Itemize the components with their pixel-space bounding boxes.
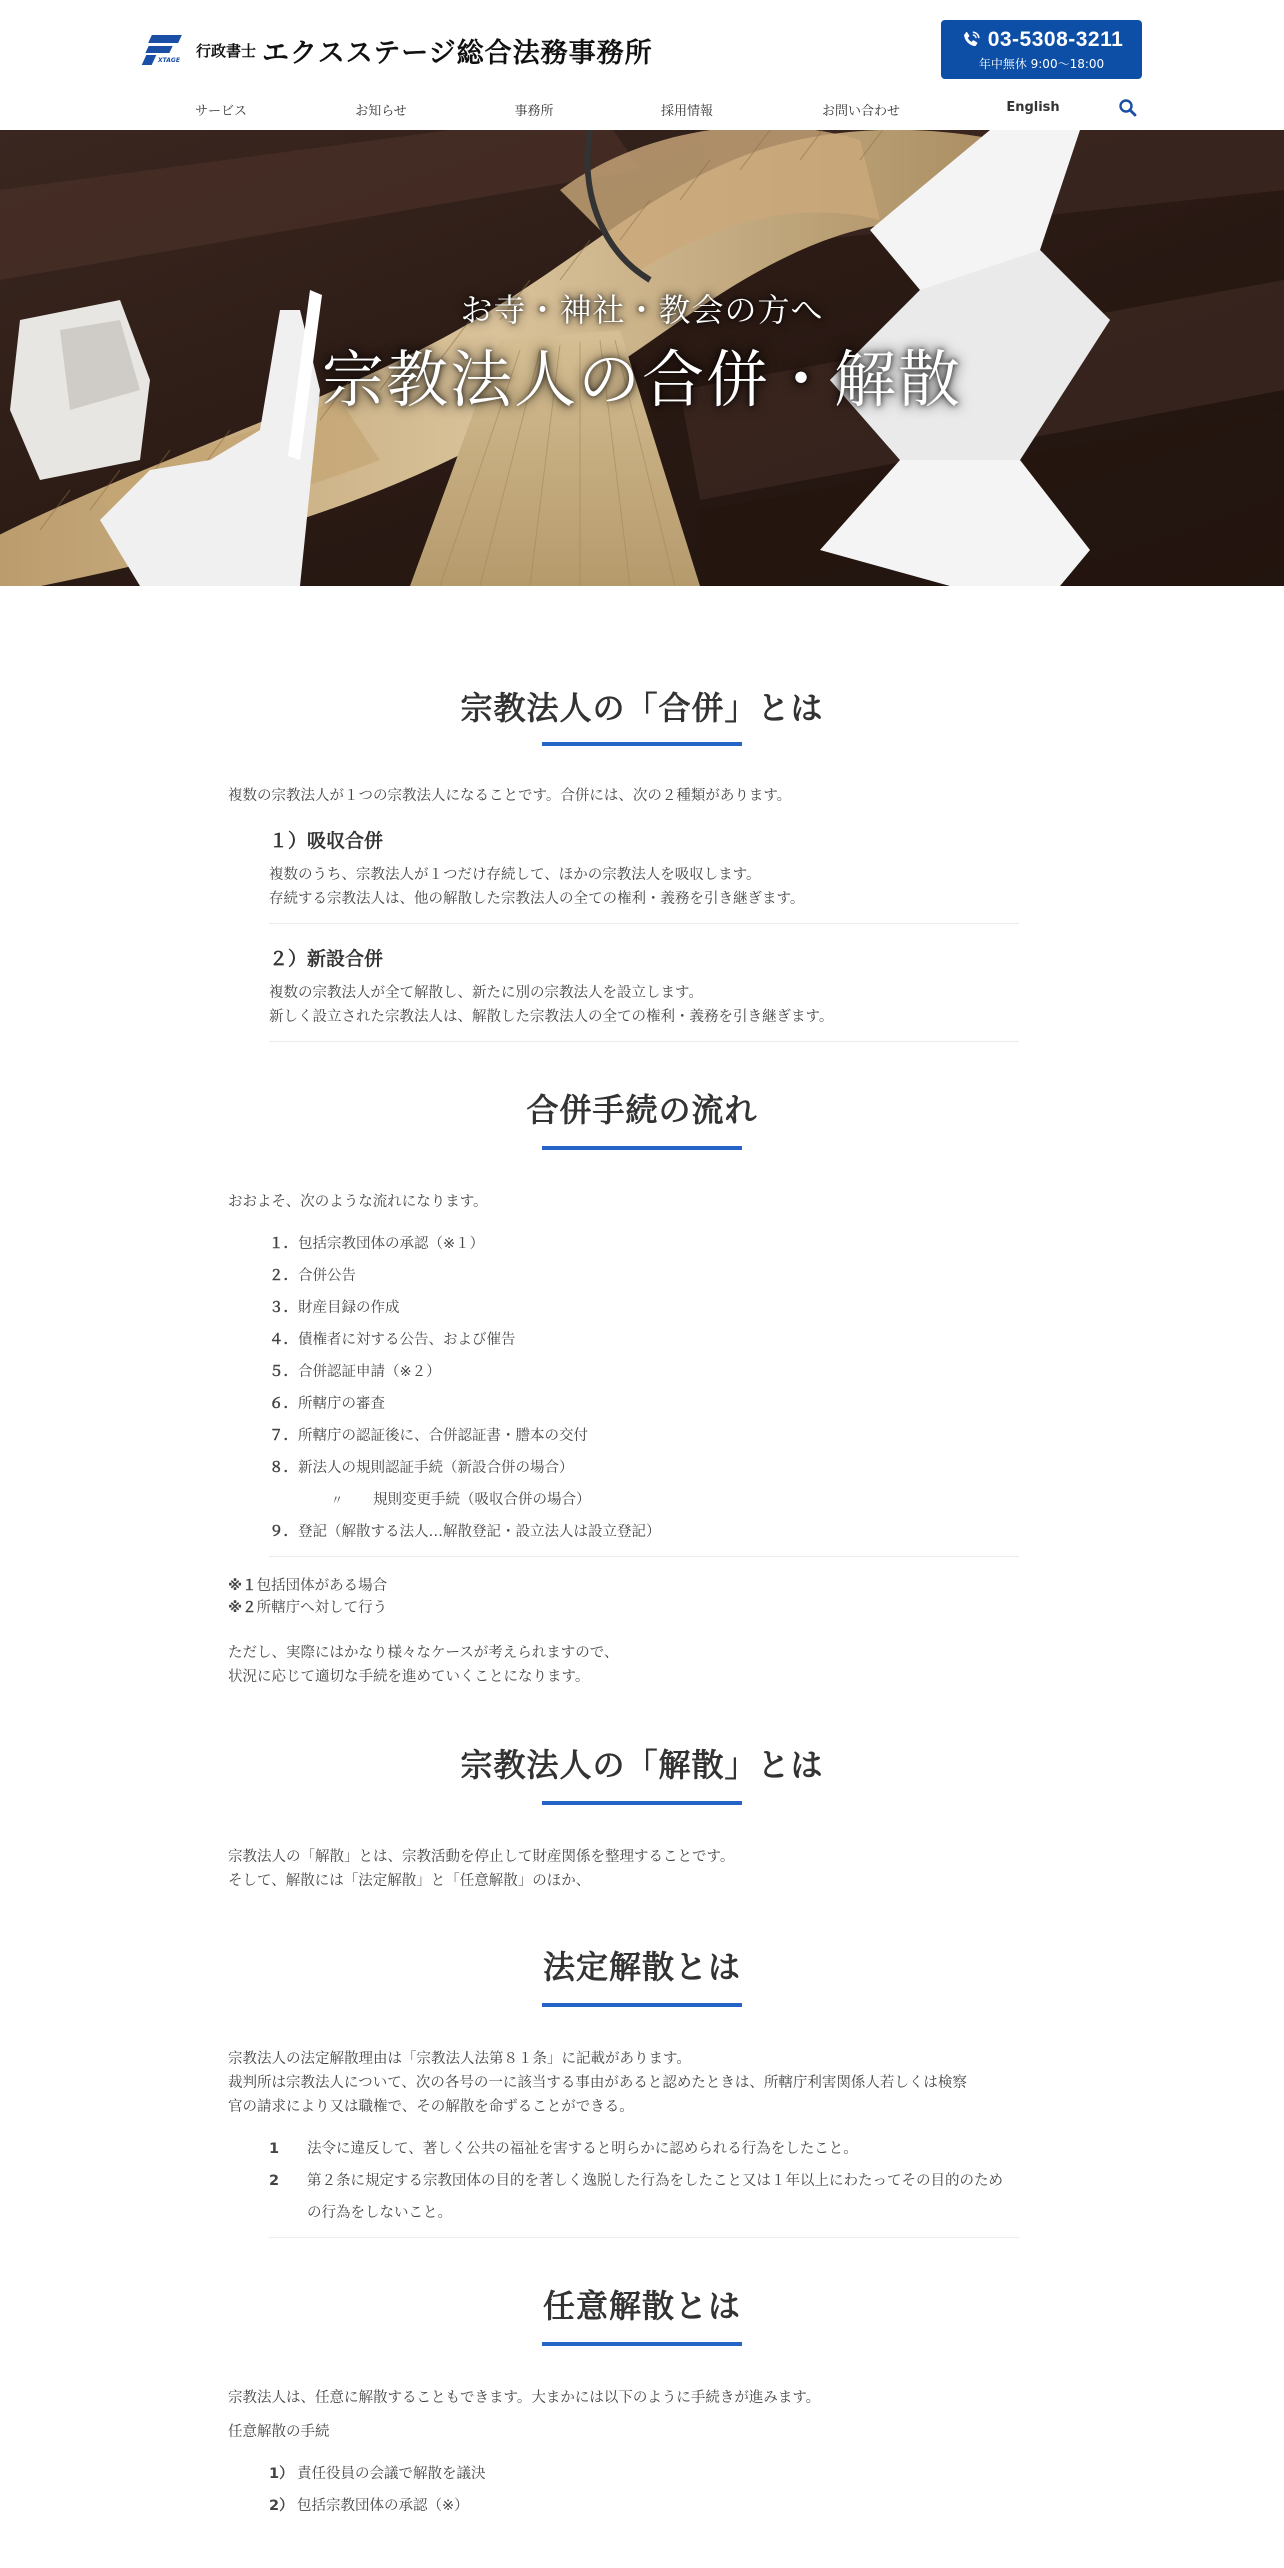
flow-step: １．包括宗教団体の承認（※１） xyxy=(269,1228,1019,1260)
flow-step: ９．登記（解散する法人…解散登記・設立法人は設立登記） xyxy=(269,1516,1019,1548)
legal-dissolution-section: 法定解散とは 宗教法人の法定解散理由は「宗教法人法第８１条」に記載があります。 … xyxy=(0,1893,1284,2238)
nav-item-office[interactable]: 事務所 xyxy=(514,100,553,119)
voluntary-label: 任意解散の手続 xyxy=(228,2420,1046,2444)
hero-banner: お寺・神社・教会の方へ 宗教法人の合併・解散 xyxy=(0,130,1284,586)
site-header: XTAGE 行政書士 エクスステージ総合法務事務所 03-5308-3211 年… xyxy=(0,0,1284,130)
legal-line: 官の請求により又は職権で、その解散を命ずることができる。 xyxy=(228,2095,1046,2119)
merger-type-line: 複数のうち、宗教法人が１つだけ存続して、ほかの宗教法人を吸収します。 xyxy=(269,863,1019,887)
flow-note: ※１包括団体がある場合 xyxy=(228,1575,1046,1597)
section-heading: 法定解散とは xyxy=(0,1947,1284,1987)
legal-line: 宗教法人の法定解散理由は「宗教法人法第８１条」に記載があります。 xyxy=(228,2047,1046,2071)
flow-step: 〃規則変更手続（吸収合併の場合） xyxy=(269,1484,1019,1516)
merger-flow-section: 合併手続の流れ おおよそ、次のような流れになります。 １．包括宗教団体の承認（※… xyxy=(0,1042,1284,1689)
business-hours: 年中無休 9:00〜18:00 xyxy=(941,55,1142,72)
divider xyxy=(269,923,1019,924)
divider xyxy=(269,1556,1019,1557)
merger-type-line: 複数の宗教法人が全て解散し、新たに別の宗教法人を設立します。 xyxy=(269,981,1019,1005)
legal-line: 裁判所は宗教法人について、次の各号の一に該当する事由があると認めたときは、所轄庁… xyxy=(228,2071,1046,2095)
phone-number: 03-5308-3211 xyxy=(988,28,1124,52)
flow-step: ４．債権者に対する公告、および催告 xyxy=(269,1324,1019,1356)
merger-type-title: ２）新設合併 xyxy=(269,944,1019,971)
merger-type-title: １）吸収合併 xyxy=(269,826,1019,853)
voluntary-step: 1）責任役員の会議で解散を議決 xyxy=(269,2458,1019,2490)
voluntary-steps-list: 1）責任役員の会議で解散を議決 2）包括宗教団体の承認（※） xyxy=(269,2458,1019,2522)
phone-contact-button[interactable]: 03-5308-3211 年中無休 9:00〜18:00 xyxy=(941,20,1142,79)
nav-item-english[interactable]: English xyxy=(1006,100,1059,115)
nav-item-recruit[interactable]: 採用情報 xyxy=(661,100,713,119)
main-content: 宗教法人の「合併」とは 複数の宗教法人が１つの宗教法人になることです。合併には、… xyxy=(0,586,1284,2522)
heading-underline xyxy=(542,2342,742,2346)
voluntary-intro: 宗教法人は、任意に解散することもできます。大まかには以下のように手続きが進みます… xyxy=(228,2386,1046,2410)
merger-type-line: 存続する宗教法人は、他の解散した宗教法人の全ての権利・義務を引き継ぎます。 xyxy=(269,887,1019,911)
merger-type-line: 新しく設立された宗教法人は、解散した宗教法人の全ての権利・義務を引き継ぎます。 xyxy=(269,1005,1019,1029)
heading-underline xyxy=(542,1801,742,1805)
flow-note: ※２所轄庁へ対して行う xyxy=(228,1597,1046,1619)
section-heading: 合併手続の流れ xyxy=(0,1090,1284,1130)
flow-notes: ※１包括団体がある場合 ※２所轄庁へ対して行う xyxy=(228,1575,1046,1619)
flow-closing: 状況に応じて適切な手続を進めていくことになります。 xyxy=(228,1665,1046,1689)
nav-item-services[interactable]: サービス xyxy=(195,100,247,119)
nav-item-news[interactable]: お知らせ xyxy=(355,100,407,119)
flow-step: ７．所轄庁の認証後に、合併認証書・謄本の交付 xyxy=(269,1420,1019,1452)
dissolution-section: 宗教法人の「解散」とは 宗教法人の「解散」とは、宗教活動を停止して財産関係を整理… xyxy=(0,1689,1284,1893)
hero-subtitle: お寺・神社・教会の方へ xyxy=(0,285,1284,331)
heading-underline xyxy=(542,2003,742,2007)
phone-icon xyxy=(960,29,982,51)
merger-section: 宗教法人の「合併」とは 複数の宗教法人が１つの宗教法人になることです。合併には、… xyxy=(0,586,1284,1042)
flow-step: ６．所轄庁の審査 xyxy=(269,1388,1019,1420)
nav-item-contact[interactable]: お問い合わせ xyxy=(822,100,900,119)
legal-items-list: 1法令に違反して、著しく公共の福祉を害すると明らかに認められる行為をしたこと。 … xyxy=(269,2133,1019,2229)
flow-step: ３．財産目録の作成 xyxy=(269,1292,1019,1324)
flow-step: ２．合併公告 xyxy=(269,1260,1019,1292)
legal-item: 2第２条に規定する宗教団体の目的を著しく逸脱した行為をしたこと又は１年以上にわた… xyxy=(269,2165,1019,2229)
merger-intro: 複数の宗教法人が１つの宗教法人になることです。合併には、次の２種類があります。 xyxy=(228,784,1046,808)
dissolution-line: 宗教法人の「解散」とは、宗教活動を停止して財産関係を整理することです。 xyxy=(228,1845,1046,1869)
section-heading: 任意解散とは xyxy=(0,2286,1284,2326)
flow-step: ５．合併認証申請（※２） xyxy=(269,1356,1019,1388)
flow-steps-list: １．包括宗教団体の承認（※１） ２．合併公告 ３．財産目録の作成 ４．債権者に対… xyxy=(269,1228,1019,1548)
section-heading: 宗教法人の「解散」とは xyxy=(0,1745,1284,1785)
flow-step: ８．新法人の規則認証手続（新設合併の場合） xyxy=(269,1452,1019,1484)
search-icon[interactable] xyxy=(1118,98,1138,118)
flow-intro: おおよそ、次のような流れになります。 xyxy=(228,1190,1046,1214)
heading-underline xyxy=(542,742,742,746)
flow-closing: ただし、実際にはかなり様々なケースが考えられますので、 xyxy=(228,1641,1046,1665)
voluntary-step: 2）包括宗教団体の承認（※） xyxy=(269,2490,1019,2522)
logo-title: エクスステージ総合法務事務所 xyxy=(262,31,653,70)
hero-title: 宗教法人の合併・解散 xyxy=(0,330,1284,419)
section-heading: 宗教法人の「合併」とは xyxy=(0,688,1284,728)
logo-mark-icon: XTAGE xyxy=(144,33,188,67)
heading-underline xyxy=(542,1146,742,1150)
site-logo[interactable]: XTAGE 行政書士 エクスステージ総合法務事務所 xyxy=(144,30,653,70)
dissolution-line: そして、解散には「法定解散」と「任意解散」のほか、 xyxy=(228,1869,1046,1893)
main-nav: サービス お知らせ 事務所 採用情報 お問い合わせ English xyxy=(0,96,1284,124)
legal-item: 1法令に違反して、著しく公共の福祉を害すると明らかに認められる行為をしたこと。 xyxy=(269,2133,1019,2165)
logo-subtitle: 行政書士 xyxy=(196,40,256,61)
voluntary-dissolution-section: 任意解散とは 宗教法人は、任意に解散することもできます。大まかには以下のように手… xyxy=(0,2238,1284,2522)
